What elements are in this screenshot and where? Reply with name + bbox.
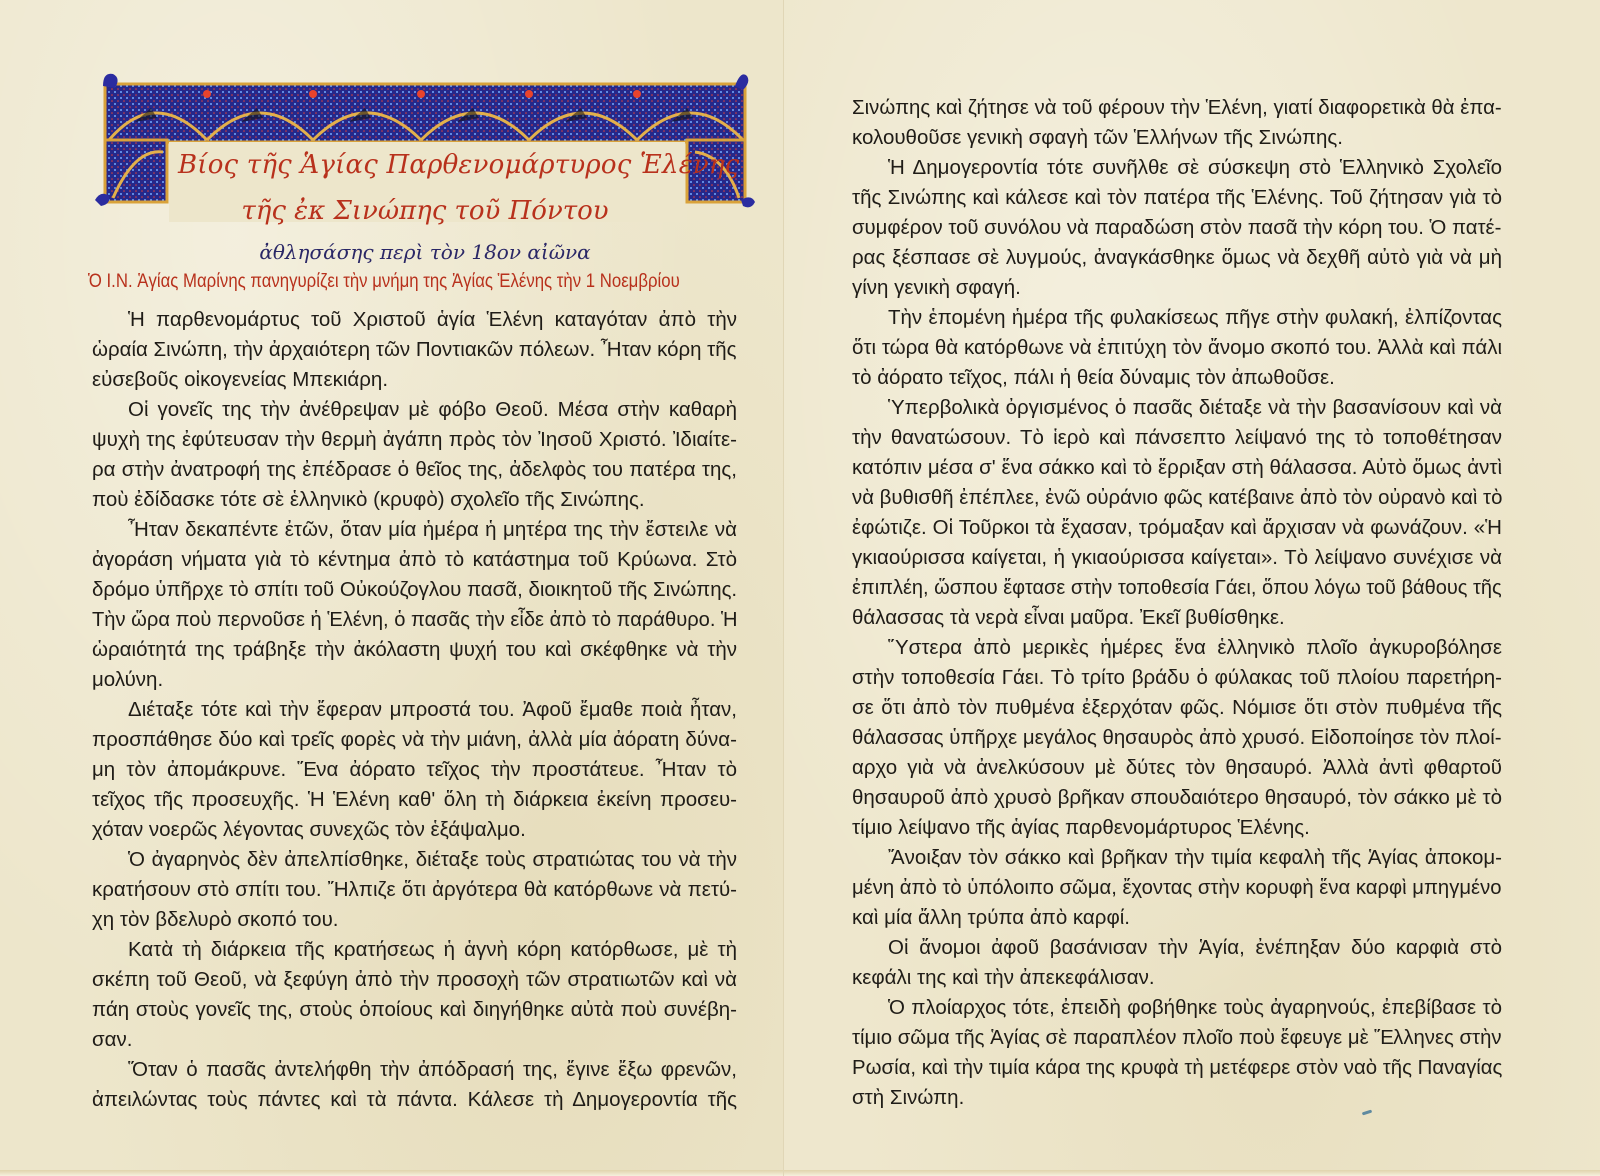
text-line: γκιαούρισσα καίγεται, ἡ γκιαούρισσα καίγ…: [852, 543, 1502, 573]
text-line: τίμιο λείψανο τῆς ἁγίας παρθενομάρτυρος …: [852, 813, 1502, 843]
text-line: Ἡ παρθενομάρτυς τοῦ Χριστοῦ ἁγία Ἑλένη κ…: [92, 305, 737, 335]
text-line: Ὅταν ὁ πασᾶς ἀντελήφθη τὴν ἀπόδρασή της,…: [92, 1055, 737, 1085]
text-line: Ἦταν δεκαπέντε ἐτῶν, ὅταν μία ἡμέρα ἡ μη…: [92, 515, 737, 545]
text-line: τὴν θανατώσουν. Τὸ ἱερὸ καὶ πάνσεπτο λεί…: [852, 423, 1502, 453]
text-line: χόταν νοερῶς λέγοντας συνεχῶς τὸν ἑξάψαλ…: [92, 815, 737, 845]
page-edge: [784, 1170, 1600, 1176]
text-line: αρχο γιὰ νὰ ἀνελκύσουν μὲ δύτες τὸν θησα…: [852, 753, 1502, 783]
text-line: Ὁ πλοίαρχος τότε, ἐπειδὴ φοβήθηκε τοὺς ἀ…: [852, 993, 1502, 1023]
text-line: ρας ξέσπασε σὲ λυγμούς, ἀναγκάσθηκε ὅμως…: [852, 243, 1502, 273]
text-line: θάλασσας ὑπῆρχε μεγάλος θησαυρὸς ἀπὸ χρυ…: [852, 723, 1502, 753]
text-line: στὴν τοποθεσία Γάει. Τὸ τρίτο βράδυ ὁ φύ…: [852, 663, 1502, 693]
text-line: στὴ Σινώπη.: [852, 1083, 1502, 1113]
text-line: σαν.: [92, 1025, 737, 1055]
page-edge: [0, 1170, 783, 1176]
text-line: ποὺ ἐδίδασκε τότε σὲ ἑλληνικὸ (κρυφὸ) σχ…: [92, 485, 737, 515]
text-line: ρα στὴν ἀνατροφή της ἐπέδρασε ὁ θεῖος τη…: [92, 455, 737, 485]
text-line: Ὕστερα ἀπὸ μερικὲς ἡμέρες ἕνα ἑλληνικὸ π…: [852, 633, 1502, 663]
text-line: κολουθοῦσε γενικὴ σφαγὴ τῶν Ἑλλήνων τῆς …: [852, 123, 1502, 153]
text-line: σκέπη τοῦ Θεοῦ, νὰ ξεφύγη ἀπὸ τὴν προσοχ…: [92, 965, 737, 995]
text-line: τὸ ἀόρατο τεῖχος, πάλι ἡ θεία δύναμις τὸ…: [852, 363, 1502, 393]
text-line: Τὴν ἑπομένη ἡμέρα τῆς φυλακίσεως πῆγε στ…: [852, 303, 1502, 333]
text-line: Οἱ γονεῖς της τὴν ἀνέθρεψαν μὲ φόβο Θεοῦ…: [92, 395, 737, 425]
text-line: Οἱ ἄνομοι ἀφοῦ βασάνισαν τὴν Ἁγία, ἐνέπη…: [852, 933, 1502, 963]
right-body-text: Σινώπης καὶ ζήτησε νὰ τοῦ φέρουν τὴν Ἑλέ…: [852, 93, 1502, 1113]
text-line: θησαυροῦ ἀπὸ χρυσὸ βρῆκαν σπουδαιότερο θ…: [852, 783, 1502, 813]
text-line: εὐσεβοῦς οἰκογενείας Μπεκιάρη.: [92, 365, 737, 395]
text-line: κατόπιν μέσα σ' ἕνα σάκκο καὶ τὸ ἔρριξαν…: [852, 453, 1502, 483]
text-line: πάη στοὺς γονεῖς της, στοὺς ὁποίους καὶ …: [92, 995, 737, 1025]
text-line: τίμιο σῶμα τῆς Ἁγίας σὲ παραπλέον πλοῖο …: [852, 1023, 1502, 1053]
feast-day-note: Ὁ Ι.Ν. Ἁγίας Μαρίνης πανηγυρίζει τὴν μνή…: [88, 270, 656, 293]
subtitle: ἀθλησάσης περὶ τὸν 18ον αἰῶνα: [95, 240, 755, 264]
text-line: ὡραιότητά της τράβηξε τὴν ἀκόλαστη ψυχή …: [92, 635, 737, 665]
text-line: Ὑπερβολικὰ ὀργισμένος ὁ πασᾶς διέταξε νὰ…: [852, 393, 1502, 423]
text-line: ἀγοράση νήματα γιὰ τὸ κέντημα ἀπὸ τὸ κατ…: [92, 545, 737, 575]
title-line-1: Βίος τῆς Ἁγίας Παρθενομάρτυρος Ἑλένης: [178, 150, 658, 180]
text-line: θάλασσας τὰ νερὰ εἶναι μαῦρα. Ἐκεῖ βυθίσ…: [852, 603, 1502, 633]
text-line: καὶ μία ἄλλη τρύπα ἀπὸ καρφί.: [852, 903, 1502, 933]
text-line: κρατήσουν στὸ σπίτι του. Ἤλπιζε ὅτι ἀργό…: [92, 875, 737, 905]
text-line: Ρωσία, καὶ τὴν τιμία κάρα της κρυφὰ τὴ μ…: [852, 1053, 1502, 1083]
text-line: ὡραία Σινώπη, τὴν ἀρχαιότερη τῶν Ποντιακ…: [92, 335, 737, 365]
text-line: Σινώπης καὶ ζήτησε νὰ τοῦ φέρουν τὴν Ἑλέ…: [852, 93, 1502, 123]
text-line: χη τὸν βδελυρὸ σκοπό του.: [92, 905, 737, 935]
text-line: νὰ βυθισθῆ ἐπέπλεε, ἐνῶ οὐράνιο φῶς κατέ…: [852, 483, 1502, 513]
text-line: τῆς Σινώπης καὶ κάλεσε καὶ τὸν πατέρα τῆ…: [852, 183, 1502, 213]
text-line: ἐπιπλέη, ὥσπου ἔφτασε στὴν τοποθεσία Γάε…: [852, 573, 1502, 603]
text-line: ὅτι τώρα θὰ κατόρθωνε νὰ ἐπιτύχη τὸν ἄνο…: [852, 333, 1502, 363]
left-body-text: Ἡ παρθενομάρτυς τοῦ Χριστοῦ ἁγία Ἑλένη κ…: [92, 305, 737, 1115]
text-line: τεῖχος τῆς προσευχῆς. Ἡ Ἑλένη καθ' ὅλη τ…: [92, 785, 737, 815]
text-line: μολύνη.: [92, 665, 737, 695]
text-line: Ὁ ἀγαρηνὸς δὲν ἀπελπίσθηκε, διέταξε τοὺς…: [92, 845, 737, 875]
text-line: κεφάλι της καὶ τὴν ἀπεκεφάλισαν.: [852, 963, 1502, 993]
text-line: προσπάθησε δύο καὶ τρεῖς φορὲς νὰ τὴν μι…: [92, 725, 737, 755]
text-line: Διέταξε τότε καὶ τὴν ἔφεραν μπροστά του.…: [92, 695, 737, 725]
text-line: δρόμο ὑπῆρχε τὸ σπίτι τοῦ Οὐκούζογλου πα…: [92, 575, 737, 605]
text-line: Τὴν ὥρα ποὺ περνοῦσε ἡ Ἑλένη, ὁ πασᾶς τὴ…: [92, 605, 737, 635]
text-line: Κατὰ τὴ διάρκεια τῆς κρατήσεως ἡ ἁγνὴ κό…: [92, 935, 737, 965]
text-line: συμφέρον τοῦ συνόλου νὰ παραδώση στὸν πα…: [852, 213, 1502, 243]
title-line-2: τῆς ἐκ Σινώπης τοῦ Πόντου: [95, 196, 755, 226]
text-line: σε ὅτι ἀπὸ τὸν πυθμένα ἐξερχόταν φῶς. Νό…: [852, 693, 1502, 723]
text-line: μένη ἀπὸ τὸ ὑπόλοιπο σῶμα, ἔχοντας στὴν …: [852, 873, 1502, 903]
text-line: μη τὸν ἀπομάκρυνε. Ἕνα ἀόρατο τεῖχος τὴν…: [92, 755, 737, 785]
text-line: Ἡ Δημογεροντία τότε συνῆλθε σὲ σύσκεψη σ…: [852, 153, 1502, 183]
text-line: Ἄνοιξαν τὸν σάκκο καὶ βρῆκαν τὴν τιμία κ…: [852, 843, 1502, 873]
text-line: ἐφώτιζε. Οἱ Τοῦρκοι τὰ ἔχασαν, τρόμαξαν …: [852, 513, 1502, 543]
text-line: γίνη γενικὴ σφαγή.: [852, 273, 1502, 303]
text-line: ἀπειλώντας τοὺς πάντες καὶ τὰ πάντα. Κάλ…: [92, 1085, 737, 1115]
text-line: ψυχὴ της ἐφύτευσαν τὴν θερμὴ ἀγάπη πρὸς …: [92, 425, 737, 455]
